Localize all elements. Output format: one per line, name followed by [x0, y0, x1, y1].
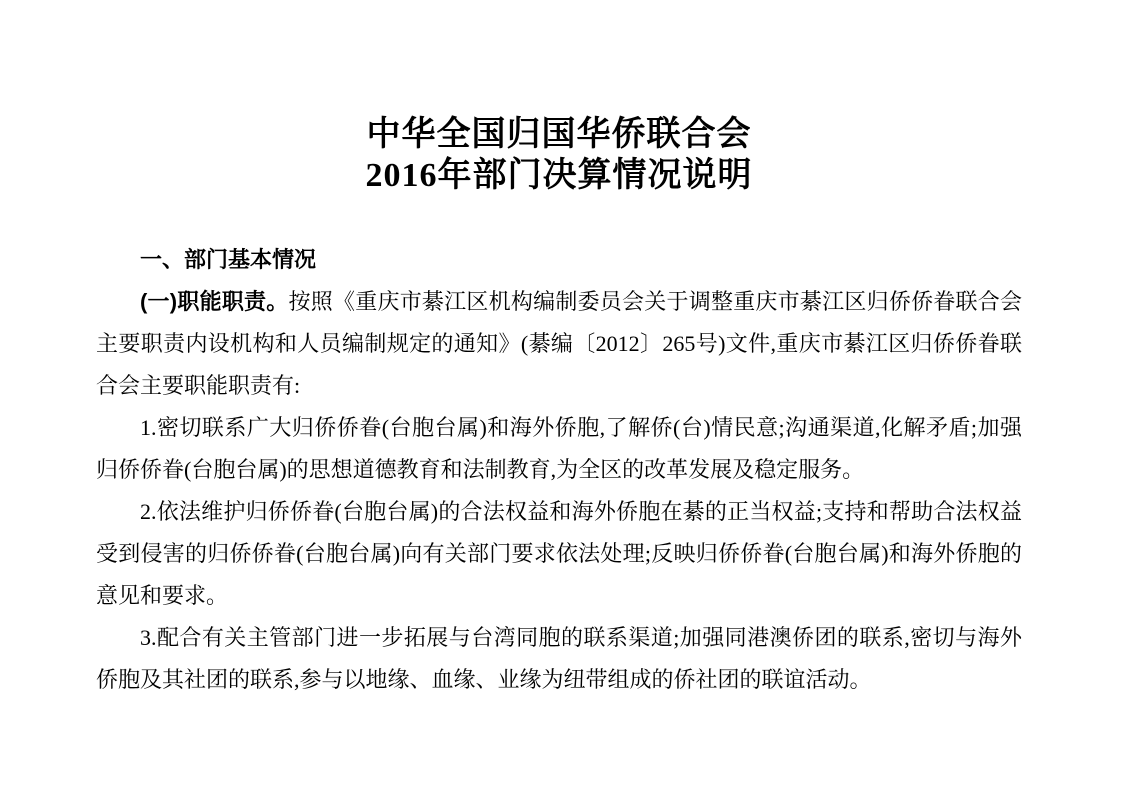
document-title-line1: 中华全国归国华侨联合会: [96, 114, 1022, 155]
document-title: 中华全国归国华侨联合会 2016年部门决算情况说明: [96, 114, 1022, 196]
paragraph-item-1: 1.密切联系广大归侨侨眷(台胞台属)和海外侨胞,了解侨(台)情民意;沟通渠道,化…: [96, 407, 1022, 491]
paragraph-item-3: 3.配合有关主管部门进一步拓展与台湾同胞的联系渠道;加强同港澳侨团的联系,密切与…: [96, 617, 1022, 701]
section-heading-basic-info: 一、部门基本情况: [96, 239, 1022, 281]
document-page: 中华全国归国华侨联合会 2016年部门决算情况说明 一、部门基本情况 (一)职能…: [0, 0, 1122, 794]
paragraph-duties-lead: (一)职能职责。: [140, 289, 289, 314]
document-body: 一、部门基本情况 (一)职能职责。按照《重庆市綦江区机构编制委员会关于调整重庆市…: [96, 239, 1022, 701]
paragraph-item-2: 2.依法维护归侨侨眷(台胞台属)的合法权益和海外侨胞在綦的正当权益;支持和帮助合…: [96, 491, 1022, 617]
document-title-line2: 2016年部门决算情况说明: [96, 155, 1022, 196]
paragraph-duties: (一)职能职责。按照《重庆市綦江区机构编制委员会关于调整重庆市綦江区归侨侨眷联合…: [96, 281, 1022, 407]
